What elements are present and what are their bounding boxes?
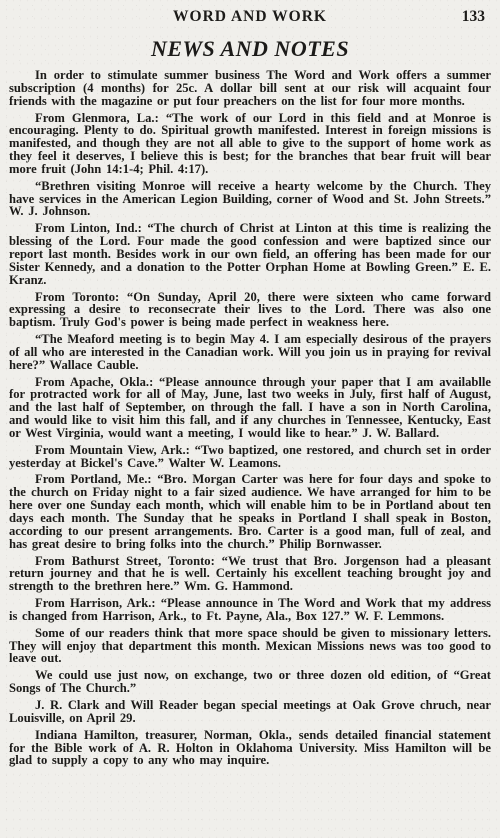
section-title: NEWS AND NOTES (9, 36, 491, 62)
paragraph: From Linton, Ind.: “The church of Christ… (9, 222, 491, 286)
paragraph: From Bathurst Street, Toronto: “We trust… (9, 555, 491, 594)
paragraph: In order to stimulate summer business Th… (9, 69, 491, 108)
paragraph: From Portland, Me.: “Bro. Morgan Carter … (9, 473, 491, 550)
paragraph: J. R. Clark and Will Reader began specia… (9, 699, 491, 725)
magazine-page: WORD AND WORK 133 NEWS AND NOTES In orde… (0, 0, 500, 838)
paragraph: “Brethren visiting Monroe will receive a… (9, 180, 491, 219)
paragraph: From Mountain View, Ark.: “Two baptized,… (9, 444, 491, 470)
running-head: WORD AND WORK 133 (9, 8, 491, 28)
paragraph: We could use just now, on exchange, two … (9, 669, 491, 695)
page-number: 133 (462, 8, 485, 26)
paragraph: “The Meaford meeting is to begin May 4. … (9, 333, 491, 372)
paragraph: From Harrison, Ark.: “Please announce in… (9, 597, 491, 623)
paragraph: Some of our readers think that more spac… (9, 627, 491, 666)
paragraph: Indiana Hamilton, treasurer, Norman, Okl… (9, 729, 491, 768)
article-body: In order to stimulate summer business Th… (9, 69, 491, 767)
journal-title: WORD AND WORK (173, 8, 327, 25)
paragraph: From Apache, Okla.: “Please announce thr… (9, 376, 491, 440)
paragraph: From Toronto: “On Sunday, April 20, ther… (9, 291, 491, 330)
paragraph: From Glenmora, La.: “The work of our Lor… (9, 112, 491, 176)
